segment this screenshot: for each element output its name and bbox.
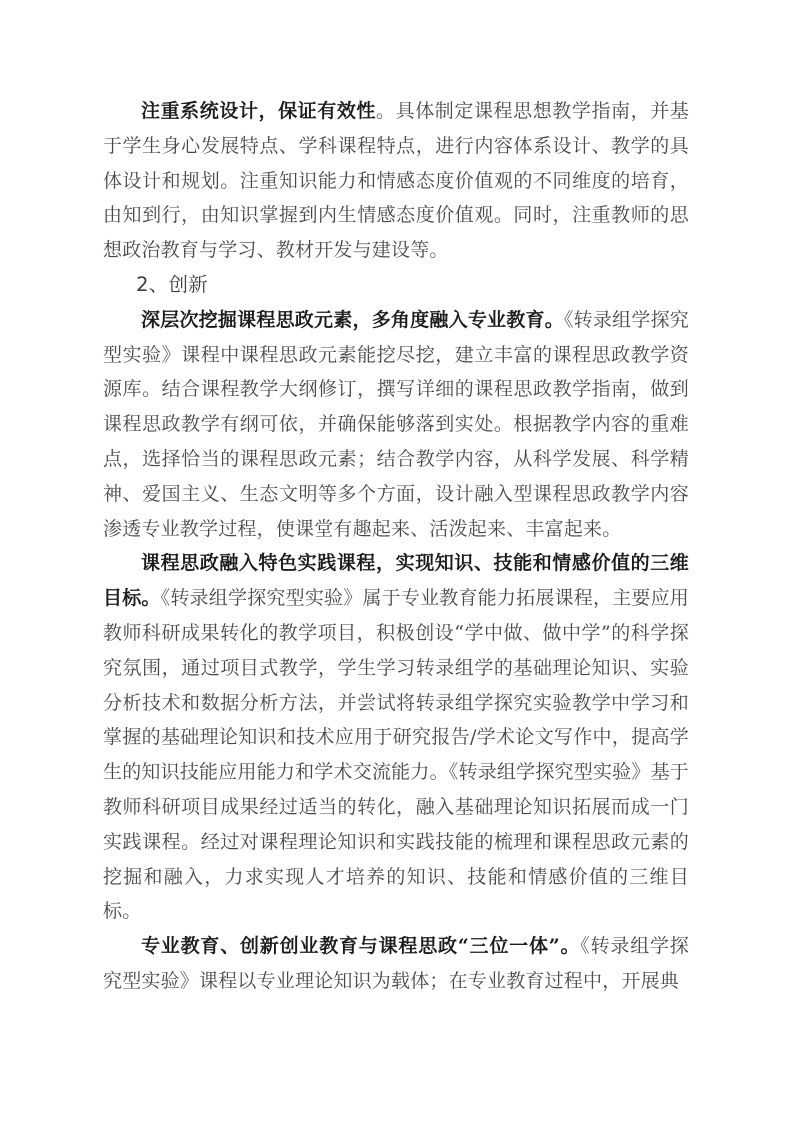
paragraph: 专业教育、创新创业教育与课程思政“三位一体”。《转录组学探究型实验》课程以专业理… xyxy=(103,929,689,999)
paragraph: 注重系统设计，保证有效性。具体制定课程思想教学指南，并基于学生身心发展特点、学科… xyxy=(103,94,689,268)
text-run: 2、创新 xyxy=(136,273,208,296)
bold-run: 深层次挖掘课程思政元素，多角度融入专业教育。 xyxy=(141,309,564,331)
document-body: 注重系统设计，保证有效性。具体制定课程思想教学指南，并基于学生身心发展特点、学科… xyxy=(103,94,689,999)
bold-run: 注重系统设计，保证有效性 xyxy=(141,100,376,122)
document-page: 注重系统设计，保证有效性。具体制定课程思想教学指南，并基于学生身心发展特点、学科… xyxy=(0,0,794,1123)
section-heading: 2、创新 xyxy=(103,268,689,303)
text-run: 《转录组学探究型实验》课程中课程思政元素能挖尽挖，建立丰富的课程思政教学资源库。… xyxy=(103,309,689,540)
bold-run: 专业教育、创新创业教育与课程思政“三位一体”。 xyxy=(141,935,580,957)
paragraph: 课程思政融入特色实践课程，实现知识、技能和情感价值的三维目标。《转录组学探究型实… xyxy=(103,546,689,929)
paragraph: 深层次挖掘课程思政元素，多角度融入专业教育。《转录组学探究型实验》课程中课程思政… xyxy=(103,303,689,547)
text-run: 《转录组学探究型实验》属于专业教育能力拓展课程，主要应用教师科研成果转化的教学项… xyxy=(103,587,689,922)
text-run: 。具体制定课程思想教学指南，并基于学生身心发展特点、学科课程特点，进行内容体系设… xyxy=(103,100,689,261)
